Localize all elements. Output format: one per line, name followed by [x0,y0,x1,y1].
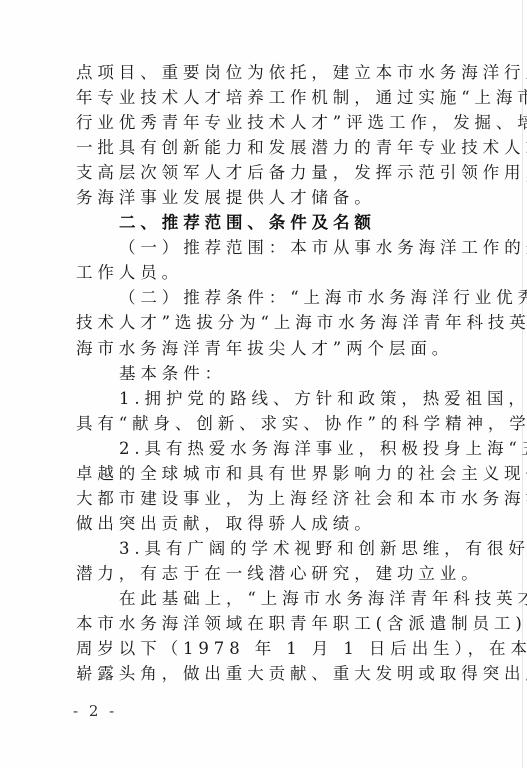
text-line: 工作人员。 [76,260,456,285]
text-line: 周岁以下（1978 年 1 月 1 日后出生），在本市水务海洋领域 [76,636,456,661]
section-heading: 二、推荐范围、条件及名额 [76,210,456,235]
text-line: 2.具有热爱水务海洋事业，积极投身上海“五个中心”， [76,436,456,461]
text-line: 一批具有创新能力和发展潜力的青年专业技术人才，形成一 [76,135,456,160]
text-line: 潜力，有志于在一线潜心研究，建功立业。 [76,561,456,586]
text-line: （二）推荐条件：“上海市水务海洋行业优秀青年专业 [76,285,456,310]
text-line: 大都市建设事业，为上海经济社会和本市水务海洋事业发展 [76,486,456,511]
text-line: 技术人才”选拔分为“上海市水务海洋青年科技英才”和“上 [76,310,456,335]
text-line: 支高层次领军人才后备力量，发挥示范引领作用，为本市水 [76,160,456,185]
text-line: 崭露头角，做出重大贡献、重大发明或取得突出成绩，产生 [76,661,456,686]
text-line: 3.具有广阔的学术视野和创新思维，有很好的学术发展 [76,536,456,561]
text-line: 在此基础上，“上海市水务海洋青年科技英才”要求： [76,586,456,611]
text-line: （一）推荐范围：本市从事水务海洋工作的企事业在职 [76,235,456,260]
text-line: 海市水务海洋青年拔尖人才”两个层面。 [76,336,456,361]
page-number: - 2 - [73,702,117,720]
text-line: 务海洋事业发展提供人才储备。 [76,185,456,210]
text-line: 本市水务海洋领域在职青年职工(含派遣制员工)，年龄 40 [76,611,456,636]
text-line: 具有“献身、创新、求实、协作”的科学精神，学风正派。 [76,411,456,436]
document-page: 点项目、重要岗位为依托，建立本市水务海洋行业高层次青 年专业技术人才培养工作机制… [0,0,527,768]
text-line: 点项目、重要岗位为依托，建立本市水务海洋行业高层次青 [76,60,456,85]
document-body: 点项目、重要岗位为依托，建立本市水务海洋行业高层次青 年专业技术人才培养工作机制… [76,60,456,686]
text-line: 年专业技术人才培养工作机制，通过实施“上海市水务海洋 [76,85,456,110]
text-line: 卓越的全球城市和具有世界影响力的社会主义现代化国际 [76,461,456,486]
text-line: 做出突出贡献，取得骄人成绩。 [76,511,456,536]
text-line: 行业优秀青年专业技术人才”评选工作，发掘、培养和集聚 [76,110,456,135]
text-line: 基本条件： [76,361,456,386]
text-line: 1.拥护党的路线、方针和政策，热爱祖国，遵纪守法， [76,386,456,411]
